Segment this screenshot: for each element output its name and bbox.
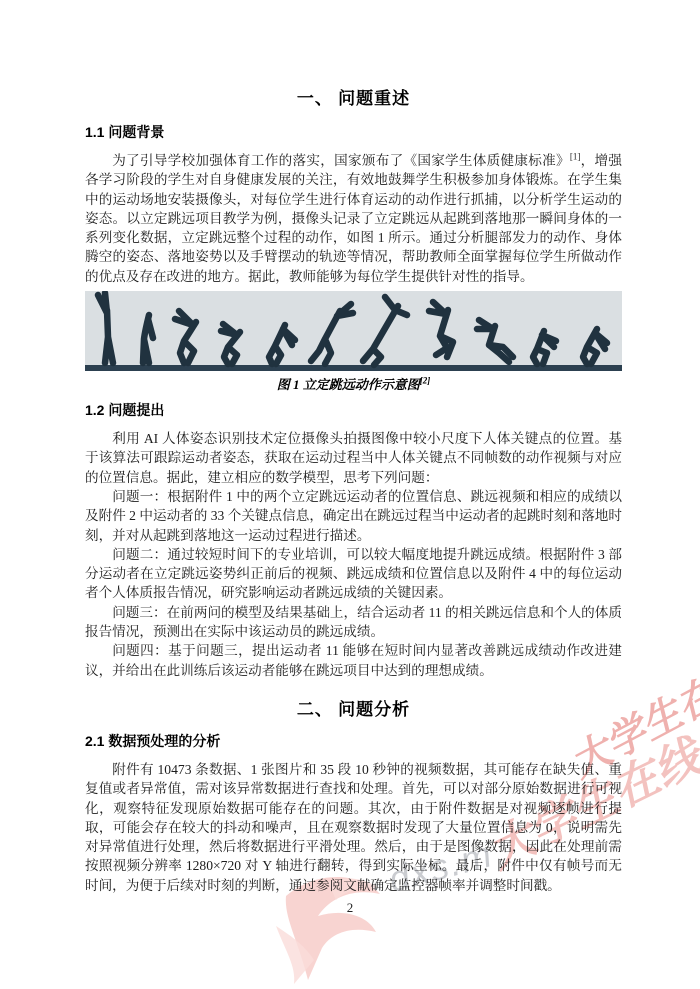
subsection-1-2-title: 1.2 问题提出 bbox=[85, 400, 622, 420]
paragraph-question-4: 问题四：基于问题三，提出运动者 11 能够在短时间内显著改善跳远成绩动作改进建议… bbox=[85, 641, 622, 680]
subsection-1-1-title: 1.1 问题背景 bbox=[85, 122, 622, 142]
figure-1-caption-text: 图 1 立定跳远动作示意图 bbox=[277, 377, 420, 392]
paragraph-question-1: 问题一：根据附件 1 中的两个立定跳远运动者的位置信息、跳远视频和相应的成绩以及… bbox=[85, 487, 622, 545]
paragraph-background-text: 为了引导学校加强体育工作的落实，国家颁布了《国家学生体质健康标准》 bbox=[112, 153, 570, 168]
page-content: 一、 问题重述 1.1 问题背景 为了引导学校加强体育工作的落实，国家颁布了《国… bbox=[85, 84, 622, 895]
page-number: 2 bbox=[0, 900, 700, 916]
document-page: 大学生在线 大学生在线 dxs.m 一、 问题重述 1.1 问题背景 为了引导学… bbox=[0, 0, 700, 989]
paragraph-proposal-intro: 利用 AI 人体姿态识别技术定位摄像头拍摄图像中较小尺度下人体关键点的位置。基于… bbox=[85, 429, 622, 487]
paragraph-question-3: 问题三：在前两问的模型及结果基础上，结合运动者 11 的相关跳远信息和个人的体质… bbox=[85, 603, 622, 642]
paragraph-preprocessing-analysis: 附件有 10473 条数据、1 张图片和 35 段 10 秒钟的视频数据，其可能… bbox=[85, 760, 622, 895]
figure-1: 图 1 立定跳远动作示意图[2] bbox=[85, 291, 622, 393]
paragraph-question-2: 问题二：通过较短时间下的专业培训，可以较大幅度地提升跳远成绩。根据附件 3 部分… bbox=[85, 545, 622, 603]
jump-sequence-image bbox=[85, 291, 622, 371]
subsection-2-1-title: 2.1 数据预处理的分析 bbox=[85, 731, 622, 751]
paragraph-background-text: ，增强各学习阶段的学生对自身健康发展的关注，有效地鼓舞学生积极参加身体锻炼。在学… bbox=[85, 153, 622, 284]
section-2-heading: 二、 问题分析 bbox=[85, 695, 622, 720]
figure-1-caption: 图 1 立定跳远动作示意图[2] bbox=[85, 374, 622, 393]
citation-ref-2: [2] bbox=[420, 376, 431, 386]
citation-ref-1: [1] bbox=[570, 151, 581, 161]
section-1-heading: 一、 问题重述 bbox=[85, 84, 622, 109]
paragraph-background: 为了引导学校加强体育工作的落实，国家颁布了《国家学生体质健康标准》[1]，增强各… bbox=[85, 151, 622, 286]
